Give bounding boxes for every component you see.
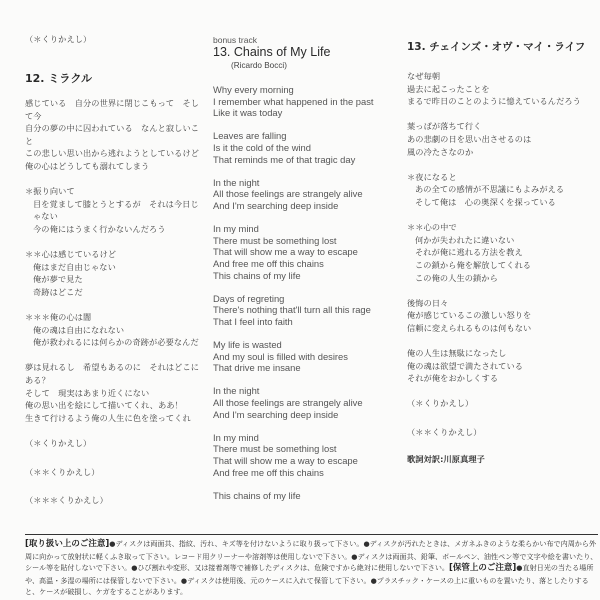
lyric-line: ＊＊＊俺の心は闇 [25, 311, 200, 324]
lyric-line: それが俺に逃れる方法を教え [407, 246, 597, 259]
lyric-line: That reminds me of that tragic day [213, 154, 398, 166]
lyric-line: 目を覚まして膝とうとするが それは今日じゃない [25, 198, 200, 223]
lyric-stanza: 後悔の日々 俺が感じているこの激しい怒りを 信頼に変えられるものは何もない [407, 297, 597, 335]
lyric-line: 感じている 自分の世界に閉じこもって そして今 [25, 97, 200, 122]
lyric-line: In my mind [213, 223, 398, 235]
handling-notice-heading: [取り扱い上のご注意] [25, 539, 109, 549]
lyric-stanza: なぜ毎朝 過去に起こったことを まるで昨日のことのように憶えているんだろう [407, 70, 597, 108]
lyric-line: 俺の魂は欲望で満たされている [407, 360, 597, 373]
lyric-line: There's nothing that'll turn all this ra… [213, 304, 398, 316]
lyric-line: そして俺は 心の奥深くを探っている [407, 196, 597, 209]
lyric-line: なぜ毎朝 [407, 70, 597, 83]
lyric-stanza: In the night All those feelings are stra… [213, 177, 398, 212]
lyric-line: This chains of my life [213, 490, 398, 502]
lyric-line: 後悔の日々 [407, 297, 597, 310]
translation-credit: 歌詞対訳:川原真理子 [407, 453, 597, 466]
track-13-title-en: 13. Chains of My Life [213, 45, 330, 59]
lyric-stanza: In my mind There must be something lost … [213, 432, 398, 478]
lyric-line: そして 現実はあまり近くにない [25, 387, 200, 400]
lyric-stanza: Days of regreting There's nothing that'l… [213, 293, 398, 328]
lyric-line: Why every morning [213, 84, 398, 96]
refrain: （＊くりかえし） [25, 437, 200, 450]
lyric-line: 生きて行けるよう俺の人生に色を塗ってくれ [25, 412, 200, 425]
lyric-line: 俺が感じているこの激しい怒りを [407, 309, 597, 322]
track-12-lyrics: 感じている 自分の世界に閉じこもって そして今 自分の夢の中に囚われている なん… [25, 97, 200, 519]
lyric-line: Like it was today [213, 107, 398, 119]
lyric-stanza: 俺の人生は無駄になったし 俺の魂は欲望で満たされている それが俺をおかしくする [407, 347, 597, 385]
lyric-line: ＊＊心の中で [407, 221, 597, 234]
lyric-line: All those feelings are strangely alive [213, 397, 398, 409]
lyric-stanza: Leaves are falling Is it the cold of the… [213, 130, 398, 165]
lyric-line: 信頼に変えられるものは何もない [407, 322, 597, 335]
track-13-title-jp: 13. チェインズ・オヴ・マイ・ライフ [407, 39, 585, 54]
lyric-stanza: 感じている 自分の世界に閉じこもって そして今 自分の夢の中に囚われている なん… [25, 97, 200, 173]
lyric-stanza: ＊夜になると あの全ての感情が不思議にもよみがえる そして俺は 心の奥深くを探っ… [407, 171, 597, 209]
lyric-line: And free me off this chains [213, 467, 398, 479]
lyric-line: 自分の夢の中に囚われている なんと寂しいこと [25, 122, 200, 147]
track-13-lyrics-jp: なぜ毎朝 過去に起こったことを まるで昨日のことのように憶えているんだろう 葉っ… [407, 70, 597, 465]
lyric-line: 夢は見れるし 希望もあるのに それはどこにある？ [25, 361, 200, 386]
refrain-top: （＊くりかえし） [25, 33, 200, 46]
lyric-line: My life is wasted [213, 339, 398, 351]
lyric-line: 俺はまだ自由じゃない [25, 261, 200, 274]
lyric-line: Days of regreting [213, 293, 398, 305]
lyric-line: ＊＊心は感じているけど [25, 248, 200, 261]
lyric-line: This chains of my life [213, 270, 398, 282]
lyric-stanza: 夢は見れるし 希望もあるのに それはどこにある？ そして 現実はあまり近くにない… [25, 361, 200, 424]
lyric-line: まるで昨日のことのように憶えているんだろう [407, 95, 597, 108]
lyric-line: それが俺をおかしくする [407, 372, 597, 385]
lyric-line: And I'm searching deep inside [213, 409, 398, 421]
lyric-line: 奇跡はどこだ [25, 286, 200, 299]
lyric-line: ＊振り向いて [25, 185, 200, 198]
lyric-line: この俺の人生の鎖から [407, 272, 597, 285]
lyric-stanza: ＊＊心は感じているけど 俺はまだ自由じゃない 俺が夢で見た 奇跡はどこだ [25, 248, 200, 298]
lyric-line: That drive me insane [213, 362, 398, 374]
lyric-stanza: ＊＊＊俺の心は闇 俺の魂は自由になれない 俺が救われるには何らかの奇跡が必要なん… [25, 311, 200, 349]
lyric-line: 何かが失われたに違いない [407, 234, 597, 247]
bonus-track-label: bonus track [213, 35, 257, 45]
lyric-line: あの全ての感情が不思議にもよみがえる [407, 183, 597, 196]
composer-credit: (Ricardo Bocci) [213, 61, 287, 70]
lyric-line: Is it the cold of the wind [213, 142, 398, 154]
refrain: （＊くりかえし） [407, 397, 597, 410]
lyric-stanza: Why every morning I remember what happen… [213, 84, 398, 119]
lyric-line: 今の俺にはうまく行かないんだろう [25, 223, 200, 236]
storage-notice-heading: [保管上のご注意] [449, 563, 516, 573]
lyric-line: 風の冷たさなのか [407, 146, 597, 159]
lyric-stanza: In the night All those feelings are stra… [213, 385, 398, 420]
lyric-line: And my soul is filled with desires [213, 351, 398, 363]
lyric-line: 俺の人生は無駄になったし [407, 347, 597, 360]
lyric-line: There must be something lost [213, 235, 398, 247]
lyric-line: And free me off this chains [213, 258, 398, 270]
track-12-title: 12. ミラクル [25, 70, 92, 86]
lyric-line: That will show me a way to escape [213, 455, 398, 467]
refrain: （＊＊＊くりかえし） [25, 494, 200, 507]
lyric-stanza: ＊＊心の中で 何かが失われたに違いない それが俺に逃れる方法を教え この鎖から俺… [407, 221, 597, 284]
lyric-stanza: In my mind There must be something lost … [213, 223, 398, 281]
lyric-line: この鎖から俺を解放してくれる [407, 259, 597, 272]
lyric-line: Leaves are falling [213, 130, 398, 142]
lyric-line: I remember what happened in the past [213, 96, 398, 108]
lyric-line: 俺が救われるには何らかの奇跡が必要なんだ [25, 336, 200, 349]
lyric-stanza: My life is wasted And my soul is filled … [213, 339, 398, 374]
lyric-stanza: This chains of my life [213, 490, 398, 502]
lyric-line: In my mind [213, 432, 398, 444]
lyric-line: 俺が夢で見た [25, 273, 200, 286]
refrain: （＊＊くりかえし） [407, 426, 597, 439]
lyric-line: 俺の思い出を絵にして描いてくれ、ああ！ [25, 399, 200, 412]
lyric-stanza: ＊振り向いて 目を覚まして膝とうとするが それは今日じゃない 今の俺にはうまく行… [25, 185, 200, 235]
lyric-line: In the night [213, 177, 398, 189]
refrain: （＊＊くりかえし） [25, 466, 200, 479]
lyric-line: あの悲劇の日を思い出させるのは [407, 133, 597, 146]
lyric-line: That I feel into faith [213, 316, 398, 328]
lyric-line: And I'm searching deep inside [213, 200, 398, 212]
lyric-line: この悲しい思い出から逃れようとしているけど [25, 147, 200, 160]
lyric-line: There must be something lost [213, 443, 398, 455]
refrain-block: （＊くりかえし） （＊＊くりかえし） 歌詞対訳:川原真理子 [407, 397, 597, 465]
lyric-line: All those feelings are strangely alive [213, 188, 398, 200]
lyric-stanza: 葉っぱが落ちて行く あの悲劇の日を思い出させるのは 風の冷たさなのか [407, 120, 597, 158]
lyric-line: 俺の魂は自由になれない [25, 324, 200, 337]
refrain-block: （＊くりかえし） （＊＊くりかえし） （＊＊＊くりかえし） [25, 437, 200, 507]
track-13-lyrics-en: Why every morning I remember what happen… [213, 84, 398, 513]
lyric-line: 俺の心はどうしても溺れてしまう [25, 160, 200, 173]
disc-care-notice: [取り扱い上のご注意]●ディスクは両面共、指紋、汚れ、キズ等を付けないように取り… [25, 534, 598, 598]
lyric-line: In the night [213, 385, 398, 397]
lyric-line: 過去に起こったことを [407, 83, 597, 96]
lyric-line: That will show me a way to escape [213, 246, 398, 258]
lyric-line: 葉っぱが落ちて行く [407, 120, 597, 133]
lyric-line: ＊夜になると [407, 171, 597, 184]
